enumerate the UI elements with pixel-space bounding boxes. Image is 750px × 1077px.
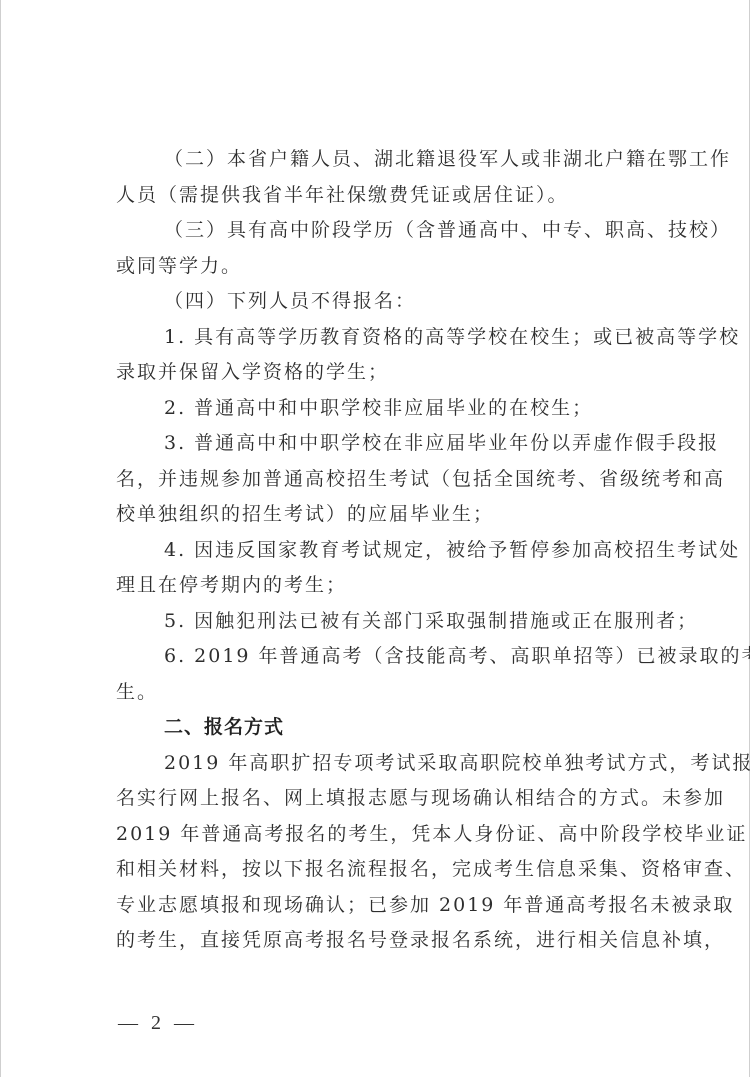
text-line: 或同等学力。	[116, 249, 668, 285]
text-line: 人员（需提供我省半年社保缴费凭证或居住证）。	[116, 178, 668, 214]
text-line: 4. 因违反国家教育考试规定，被给予暂停参加高校招生考试处	[116, 533, 668, 569]
text-line: 专业志愿填报和现场确认；已参加 2019 年普通高考报名未被录取	[116, 888, 668, 924]
text-line: （四）下列人员不得报名：	[116, 284, 668, 320]
text-line: 2019 年普通高考报名的考生，凭本人身份证、高中阶段学校毕业证	[116, 817, 668, 853]
text-line: 和相关材料，按以下报名流程报名，完成考生信息采集、资格审查、	[116, 852, 668, 888]
document-page: （二）本省户籍人员、湖北籍退役军人或非湖北户籍在鄂工作 人员（需提供我省半年社保…	[0, 0, 750, 1077]
section-heading: 二、报名方式	[116, 710, 668, 746]
text-line: 3. 普通高中和中职学校在非应届毕业年份以弄虚作假手段报	[116, 426, 668, 462]
text-line: 录取并保留入学资格的学生；	[116, 355, 668, 391]
text-line: 理且在停考期内的考生；	[116, 568, 668, 604]
text-line: （三）具有高中阶段学历（含普通高中、中专、职高、技校）	[116, 213, 668, 249]
text-line: 6. 2019 年普通高考（含技能高考、高职单招等）已被录取的考	[116, 639, 668, 675]
document-body: （二）本省户籍人员、湖北籍退役军人或非湖北户籍在鄂工作 人员（需提供我省半年社保…	[116, 142, 668, 959]
text-line: 2. 普通高中和中职学校非应届毕业的在校生；	[116, 391, 668, 427]
page-number: — 2 —	[118, 1012, 198, 1035]
text-line: 的考生，直接凭原高考报名号登录报名系统，进行相关信息补填，	[116, 923, 668, 959]
text-line: 5. 因触犯刑法已被有关部门采取强制措施或正在服刑者；	[116, 604, 668, 640]
text-line: 1. 具有高等学历教育资格的高等学校在校生；或已被高等学校	[116, 320, 668, 356]
text-line: 名，并违规参加普通高校招生考试（包括全国统考、省级统考和高	[116, 462, 668, 498]
text-line: 生。	[116, 675, 668, 711]
text-line: 2019 年高职扩招专项考试采取高职院校单独考试方式，考试报	[116, 746, 668, 782]
text-line: 名实行网上报名、网上填报志愿与现场确认相结合的方式。未参加	[116, 781, 668, 817]
text-line: 校单独组织的招生考试）的应届毕业生；	[116, 497, 668, 533]
text-line: （二）本省户籍人员、湖北籍退役军人或非湖北户籍在鄂工作	[116, 142, 668, 178]
